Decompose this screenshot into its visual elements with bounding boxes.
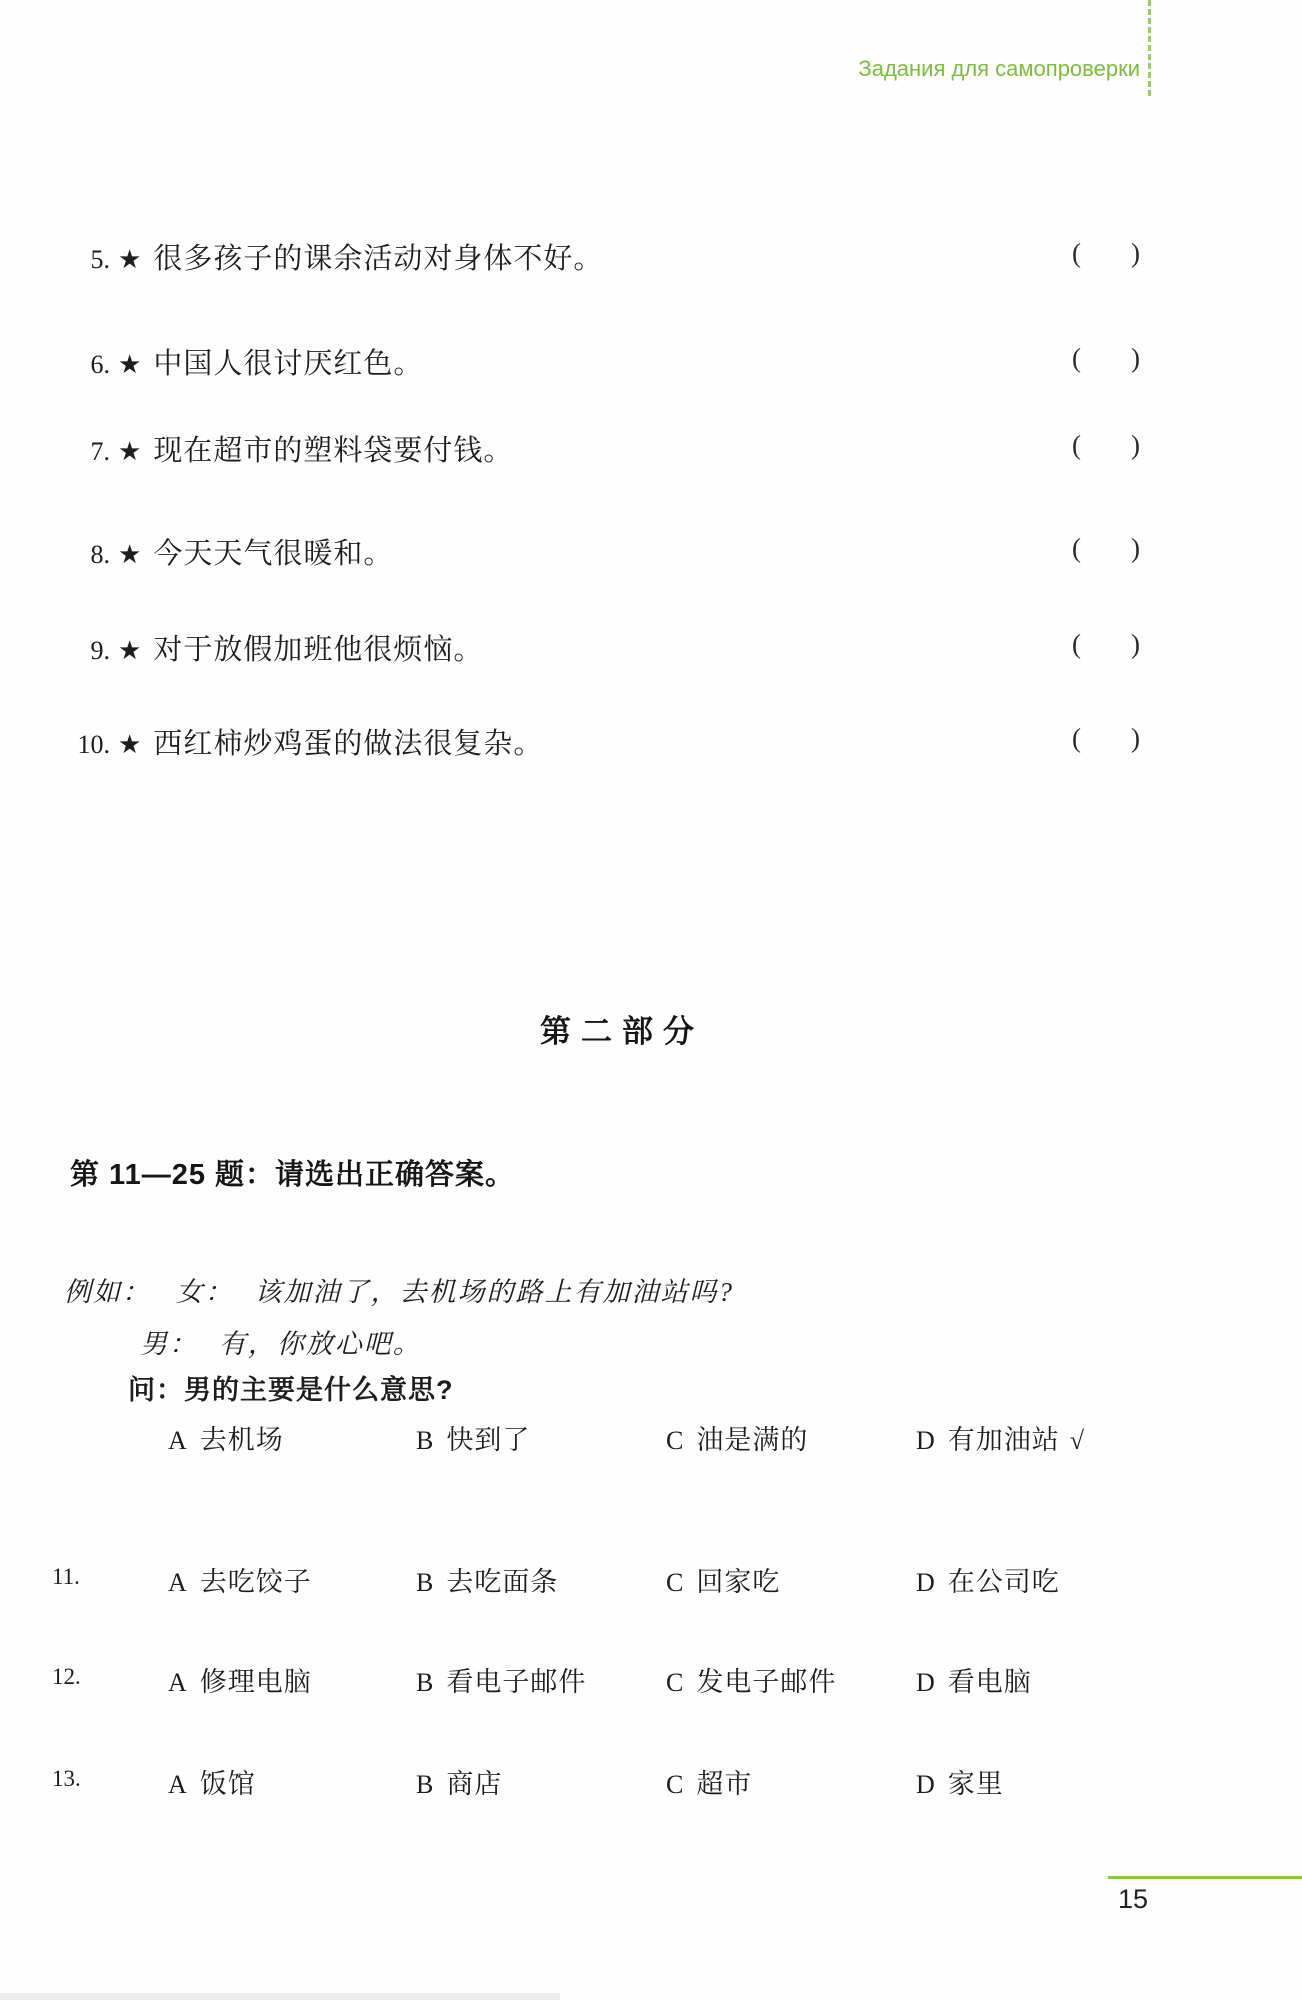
question-number: 13. [52, 1766, 81, 1792]
bracket-close: ) [1131, 343, 1140, 374]
section-title: 第二部分 [0, 1006, 1244, 1051]
option-d: D有加油站√ [916, 1418, 1085, 1457]
tf-item: 8. ★ 今天天气很暖和。 [40, 531, 393, 572]
star-icon: ★ [118, 437, 141, 467]
answer-brackets: ( ) [1072, 343, 1140, 374]
option-b: B去吃面条 [416, 1560, 558, 1599]
bracket-open: ( [1072, 430, 1081, 461]
bracket-open: ( [1072, 343, 1081, 374]
star-icon: ★ [118, 540, 141, 570]
item-number: 7. [40, 437, 110, 467]
star-icon: ★ [118, 730, 141, 760]
option-a: A饭馆 [168, 1762, 256, 1801]
header-accent-rule [1148, 0, 1151, 96]
option-text: 看电子邮件 [446, 1667, 586, 1697]
running-header: Задания для самопроверки [858, 56, 1140, 82]
option-text: 快到了 [446, 1425, 530, 1455]
tf-item: 5. ★ 很多孩子的课余活动对身体不好。 [40, 236, 603, 277]
bracket-close: ) [1131, 533, 1140, 564]
option-b: B快到了 [416, 1418, 530, 1457]
option-letter: A [168, 1568, 188, 1597]
bracket-open: ( [1072, 629, 1081, 660]
bracket-open: ( [1072, 238, 1081, 269]
bracket-close: ) [1131, 430, 1140, 461]
option-c: C回家吃 [666, 1560, 780, 1599]
option-text: 回家吃 [696, 1567, 780, 1597]
page-number: 15 [1118, 1884, 1148, 1915]
option-b: B看电子邮件 [416, 1660, 586, 1699]
section-instruction: 第 11—25 题：请选出正确答案。 [70, 1152, 515, 1193]
checkmark-icon: √ [1070, 1426, 1085, 1455]
option-text: 去吃饺子 [200, 1567, 312, 1597]
bracket-close: ) [1131, 629, 1140, 660]
option-d: D在公司吃 [916, 1560, 1060, 1599]
option-letter: B [416, 1770, 434, 1799]
option-letter: D [916, 1426, 936, 1455]
bracket-open: ( [1072, 533, 1081, 564]
option-letter: B [416, 1668, 434, 1697]
item-number: 10. [40, 730, 110, 760]
scan-edge-artifact [0, 1993, 560, 2000]
option-letter: D [916, 1770, 936, 1799]
item-text: 对于放假加班他很烦恼。 [153, 627, 483, 668]
option-letter: B [416, 1568, 434, 1597]
option-a: A去吃饺子 [168, 1560, 312, 1599]
option-text: 超市 [696, 1769, 752, 1799]
option-text: 去机场 [200, 1425, 284, 1455]
option-text: 饭馆 [200, 1769, 256, 1799]
option-letter: C [666, 1426, 684, 1455]
answer-brackets: ( ) [1072, 723, 1140, 754]
tf-item: 7. ★ 现在超市的塑料袋要付钱。 [40, 428, 513, 469]
option-letter: C [666, 1568, 684, 1597]
example-man-line: 男： 有，你放心吧。 [140, 1322, 422, 1361]
item-text: 很多孩子的课余活动对身体不好。 [153, 236, 603, 277]
option-letter: A [168, 1770, 188, 1799]
option-d: D看电脑 [916, 1660, 1032, 1699]
option-text: 商店 [446, 1769, 502, 1799]
item-text: 中国人很讨厌红色。 [153, 341, 423, 382]
option-b: B商店 [416, 1762, 502, 1801]
option-text: 在公司吃 [948, 1567, 1060, 1597]
option-c: C发电子邮件 [666, 1660, 836, 1699]
option-d: D家里 [916, 1762, 1004, 1801]
footer-accent-rule [1108, 1876, 1302, 1879]
speaker-woman: 女： [176, 1277, 234, 1307]
tf-item: 6. ★ 中国人很讨厌红色。 [40, 341, 423, 382]
option-letter: C [666, 1770, 684, 1799]
option-c: C超市 [666, 1762, 752, 1801]
option-a: A去机场 [168, 1418, 284, 1457]
answer-brackets: ( ) [1072, 238, 1140, 269]
item-number: 9. [40, 636, 110, 666]
option-letter: A [168, 1668, 188, 1697]
option-text: 发电子邮件 [696, 1667, 836, 1697]
option-text: 去吃面条 [446, 1567, 558, 1597]
man-text: 有，你放心吧。 [219, 1329, 422, 1359]
option-text: 油是满的 [696, 1425, 808, 1455]
document-page: Задания для самопроверки 5. ★ 很多孩子的课余活动对… [0, 0, 1302, 2000]
answer-brackets: ( ) [1072, 430, 1140, 461]
option-letter: D [916, 1568, 936, 1597]
option-letter: B [416, 1426, 434, 1455]
item-text: 西红柿炒鸡蛋的做法很复杂。 [153, 721, 543, 762]
item-text: 今天天气很暖和。 [153, 531, 393, 572]
woman-text: 该加油了，去机场的路上有加油站吗? [255, 1277, 735, 1307]
item-text: 现在超市的塑料袋要付钱。 [153, 428, 513, 469]
tf-item: 9. ★ 对于放假加班他很烦恼。 [40, 627, 483, 668]
option-a: A修理电脑 [168, 1660, 312, 1699]
option-letter: D [916, 1668, 936, 1697]
answer-brackets: ( ) [1072, 629, 1140, 660]
question-number: 11. [52, 1564, 80, 1590]
option-text: 修理电脑 [200, 1667, 312, 1697]
star-icon: ★ [118, 636, 141, 666]
option-text: 看电脑 [948, 1667, 1032, 1697]
example-label: 例如： [64, 1277, 151, 1307]
option-text: 家里 [948, 1769, 1004, 1799]
question-number: 12. [52, 1664, 81, 1690]
speaker-man: 男： [140, 1329, 198, 1359]
star-icon: ★ [118, 350, 141, 380]
option-c: C油是满的 [666, 1418, 808, 1457]
item-number: 8. [40, 540, 110, 570]
answer-brackets: ( ) [1072, 533, 1140, 564]
option-text: 有加油站 [948, 1425, 1060, 1455]
option-letter: C [666, 1668, 684, 1697]
bracket-open: ( [1072, 723, 1081, 754]
example-woman-line: 例如： 女： 该加油了，去机场的路上有加油站吗? [64, 1270, 734, 1309]
option-letter: A [168, 1426, 188, 1455]
star-icon: ★ [118, 245, 141, 275]
example-question: 问：男的主要是什么意思? [128, 1368, 454, 1407]
tf-item: 10. ★ 西红柿炒鸡蛋的做法很复杂。 [40, 721, 543, 762]
bracket-close: ) [1131, 238, 1140, 269]
bracket-close: ) [1131, 723, 1140, 754]
item-number: 5. [40, 245, 110, 275]
item-number: 6. [40, 350, 110, 380]
